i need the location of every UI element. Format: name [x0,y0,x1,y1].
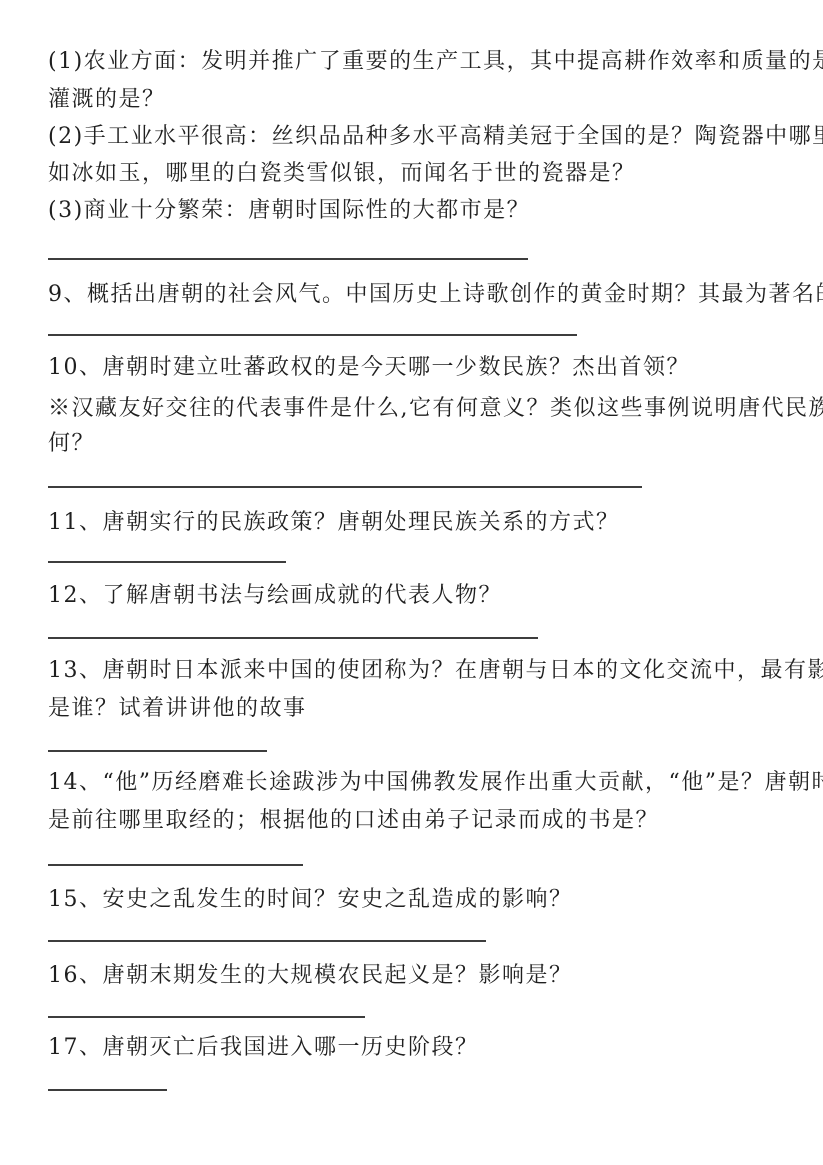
answer-blank-3 [48,486,642,488]
q8-part3-line1: (3)商业十分繁荣：唐朝时国际性的大都市是？ [48,199,793,223]
answer-blank-7 [48,864,303,866]
q8-part1-line1: (1)农业方面：发明并推广了重要的生产工具，其中提高耕作效率和质量的是？用于 [48,50,793,74]
q8-part1-line2: 灌溉的是？ [48,88,793,112]
q10-note-line2: 何？ [48,432,793,456]
q8-part2-line2: 如冰如玉，哪里的白瓷类雪似银，而闻名于世的瓷器是？ [48,162,793,186]
q15-line1: 15、安史之乱发生的时间？安史之乱造成的影响？ [48,888,793,912]
q11-line1: 11、唐朝实行的民族政策？唐朝处理民族关系的方式？ [48,511,793,535]
q10-note-line1: ※汉藏友好交往的代表事件是什么,它有何意义？类似这些事例说明唐代民族关系如 [48,397,793,421]
q12-line1: 12、了解唐朝书法与绘画成就的代表人物？ [48,584,793,608]
answer-blank-2 [48,334,577,336]
q17-line1: 17、唐朝灭亡后我国进入哪一历史阶段？ [48,1036,793,1060]
worksheet-page: (1)农业方面：发明并推广了重要的生产工具，其中提高耕作效率和质量的是？用于 灌… [0,0,823,1165]
q10-line1: 10、唐朝时建立吐蕃政权的是今天哪一少数民族？杰出首领？ [48,356,793,380]
answer-blank-1 [48,258,528,260]
answer-blank-8 [48,940,486,942]
answer-blank-5 [48,637,538,639]
q16-line1: 16、唐朝末期发生的大规模农民起义是？影响是？ [48,964,793,988]
answer-blank-10 [48,1089,167,1091]
answer-blank-9 [48,1016,365,1018]
q13-line2: 是谁？试着讲讲他的故事 [48,697,793,721]
answer-blank-6 [48,750,267,752]
q8-part2-line1: (2)手工业水平很高：丝织品品种多水平高精美冠于全国的是？陶瓷器中哪里的青瓷 [48,125,793,149]
q13-line1: 13、唐朝时日本派来中国的使团称为？在唐朝与日本的文化交流中，最有影响的人物 [48,659,793,683]
q9-line1: 9、概括出唐朝的社会风气。中国历史上诗歌创作的黄金时期？其最为著名的代表有？ [48,283,793,307]
q14-line1: 14、“他”历经磨难长途跋涉为中国佛教发展作出重大贡献，“他”是？唐朝时期他 [48,771,793,795]
answer-blank-4 [48,561,286,563]
q14-line2: 是前往哪里取经的；根据他的口述由弟子记录而成的书是？ [48,809,793,833]
